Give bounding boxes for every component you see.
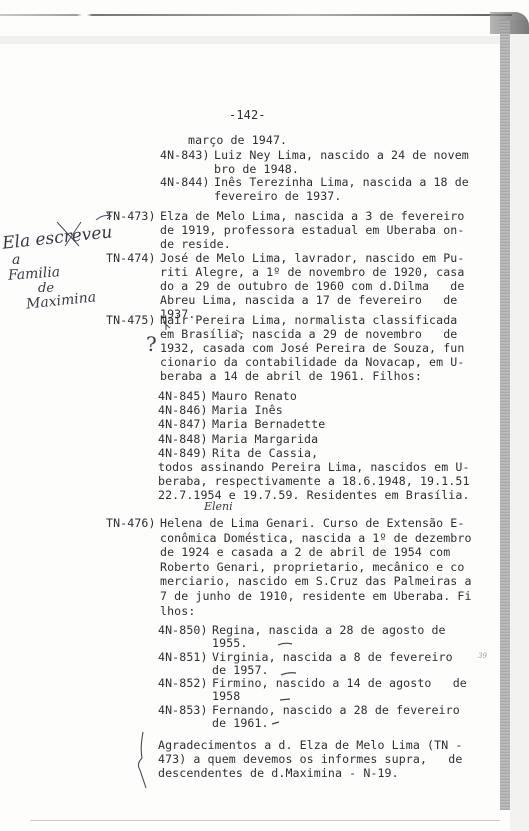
handwritten-tick-marks <box>0 0 529 831</box>
scanned-page: -142- março de 1947.4N-843)Luiz Ney Lima… <box>0 0 529 831</box>
